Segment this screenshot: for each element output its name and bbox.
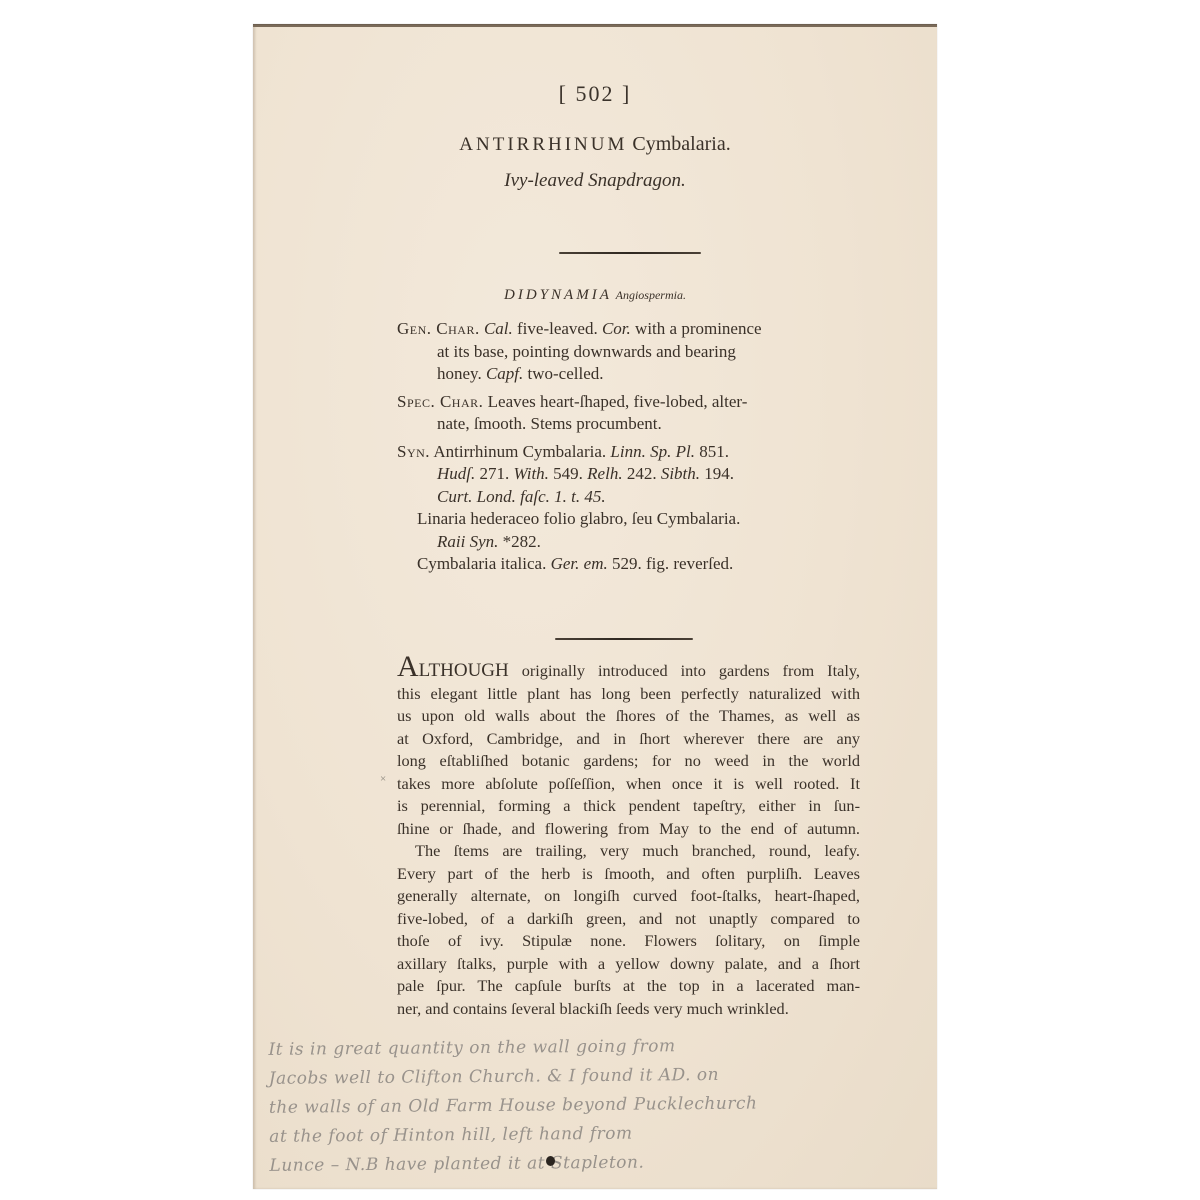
syn-refs: Hudſ. 271. With. 549. Relh. 242. Sibth. …: [397, 463, 860, 486]
syn-ref: Ger. em.: [551, 554, 608, 573]
syn-label: Syn.: [397, 442, 430, 461]
syn-text: Antirrhinum Cymbalaria.: [430, 442, 610, 461]
gen-char-label: Gen. Char.: [397, 319, 480, 338]
body-line: ALTHOUGH originally introduced into gard…: [397, 657, 860, 683]
order-name: Angiospermia.: [616, 288, 686, 302]
generic-character: Gen. Char. Cal. five-leaved. Cor. with a…: [397, 318, 860, 386]
syn-ref: Linn. Sp. Pl.: [610, 442, 695, 461]
divider-rule: [555, 638, 693, 640]
syn-text: 549.: [549, 464, 587, 483]
syn-ref: Curt. Lond. faſc. 1. t. 45.: [437, 487, 606, 506]
body-line: is perennial, forming a thick pendent ta…: [397, 795, 860, 818]
body-line: this elegant little plant has long been …: [397, 683, 860, 706]
handwritten-note: It is in great quantity on the wall goin…: [268, 1030, 919, 1181]
body-line: long eſtabliſhed botanic gardens; for no…: [397, 750, 860, 773]
syn-text: *282.: [498, 532, 541, 551]
body-line: The ſtems are trailing, very much branch…: [397, 840, 860, 863]
spec-char-label: Spec. Char.: [397, 392, 483, 411]
body-line: pale ſpur. The capſule burſts at the top…: [397, 975, 860, 998]
syn-ref: Raii Syn. *282.: [397, 531, 860, 554]
page-title: ANTIRRHINUM Cymbalaria.: [253, 133, 937, 156]
spec-char-text: Leaves heart-ſhaped, five-lobed, alter-: [483, 392, 747, 411]
body-line: axillary ſtalks, purple with a yellow do…: [397, 953, 860, 976]
handwritten-line: Lunce – N.B have planted it at Stapleton…: [269, 1146, 919, 1181]
drop-cap: A: [397, 650, 419, 683]
syn-text: Cymbalaria italica. Ger. em. 529. fig. r…: [397, 553, 860, 576]
syn-ref: Hudſ.: [437, 464, 475, 483]
body-line: thoſe of ivy. Stipulæ none. Flowers ſoli…: [397, 930, 860, 953]
body-line: us upon old walls about the ſhores of th…: [397, 705, 860, 728]
syn-ref: Raii Syn.: [437, 532, 498, 551]
title-genus: ANTIRRHINUM: [459, 134, 627, 155]
gen-char-text: honey.: [437, 364, 486, 383]
gen-char-text: five-leaved.: [513, 319, 602, 338]
syn-text: Cymbalaria italica.: [417, 554, 551, 573]
syn-text: 851.: [695, 442, 729, 461]
syn-text: 529. fig. reverſed.: [608, 554, 734, 573]
spec-char-text: nate, ſmooth. Stems procumbent.: [397, 413, 860, 436]
gen-char-text: with a prominence: [631, 319, 762, 338]
synonyms: Syn. Antirrhinum Cymbalaria. Linn. Sp. P…: [397, 441, 860, 576]
syn-ref: Relh.: [587, 464, 622, 483]
common-name: Ivy-leaved Snapdragon.: [253, 170, 937, 192]
syn-text: Linaria hederaceo folio glabro, ſeu Cymb…: [397, 508, 860, 531]
book-page: [ 502 ] ANTIRRHINUM Cymbalaria. Ivy-leav…: [253, 24, 937, 1189]
gen-char-text: Cal.: [484, 319, 513, 338]
characters-section: Gen. Char. Cal. five-leaved. Cor. with a…: [397, 318, 860, 581]
gen-char-text: at its base, pointing downwards and bear…: [397, 341, 860, 364]
syn-text: 194.: [700, 464, 734, 483]
syn-ref: Sibth.: [661, 464, 700, 483]
body-line: ner, and contains ſeveral blackiſh ſeeds…: [397, 998, 860, 1021]
ink-blot: [546, 1156, 555, 1166]
body-line: five-lobed, of a darkiſh green, and not …: [397, 908, 860, 931]
body-line: at Oxford, Cambridge, and in ſhort where…: [397, 728, 860, 751]
syn-ref: With.: [514, 464, 549, 483]
pencil-mark-icon: ×: [380, 773, 386, 785]
body-line: takes more abſolute poſſeſſion, when onc…: [397, 773, 860, 796]
specific-character: Spec. Char. Leaves heart-ſhaped, five-lo…: [397, 391, 860, 436]
title-species: Cymbalaria.: [632, 133, 730, 155]
page-number: [ 502 ]: [253, 81, 937, 107]
description-body: ALTHOUGH originally introduced into gard…: [397, 657, 860, 1020]
gen-char-text: Cor.: [602, 319, 631, 338]
classification: DIDYNAMIA Angiospermia.: [253, 287, 937, 304]
body-line: generally alternate, on longiſh curved f…: [397, 885, 860, 908]
syn-text: 242.: [623, 464, 661, 483]
syn-ref: Curt. Lond. faſc. 1. t. 45.: [397, 486, 860, 509]
gen-char-text: Capf.: [486, 364, 523, 383]
syn-text: 271.: [475, 464, 513, 483]
gen-char-text: two-celled.: [523, 364, 603, 383]
gen-char-text: honey. Capf. two-celled.: [397, 363, 860, 386]
opening-word: LTHOUGH: [419, 660, 509, 681]
divider-rule: [559, 252, 701, 254]
body-line: ſhine or ſhade, and flowering from May t…: [397, 818, 860, 841]
class-name: DIDYNAMIA: [504, 287, 612, 303]
body-text: originally introduced into gardens from …: [509, 661, 860, 680]
body-line: Every part of the herb is ſmooth, and of…: [397, 863, 860, 886]
